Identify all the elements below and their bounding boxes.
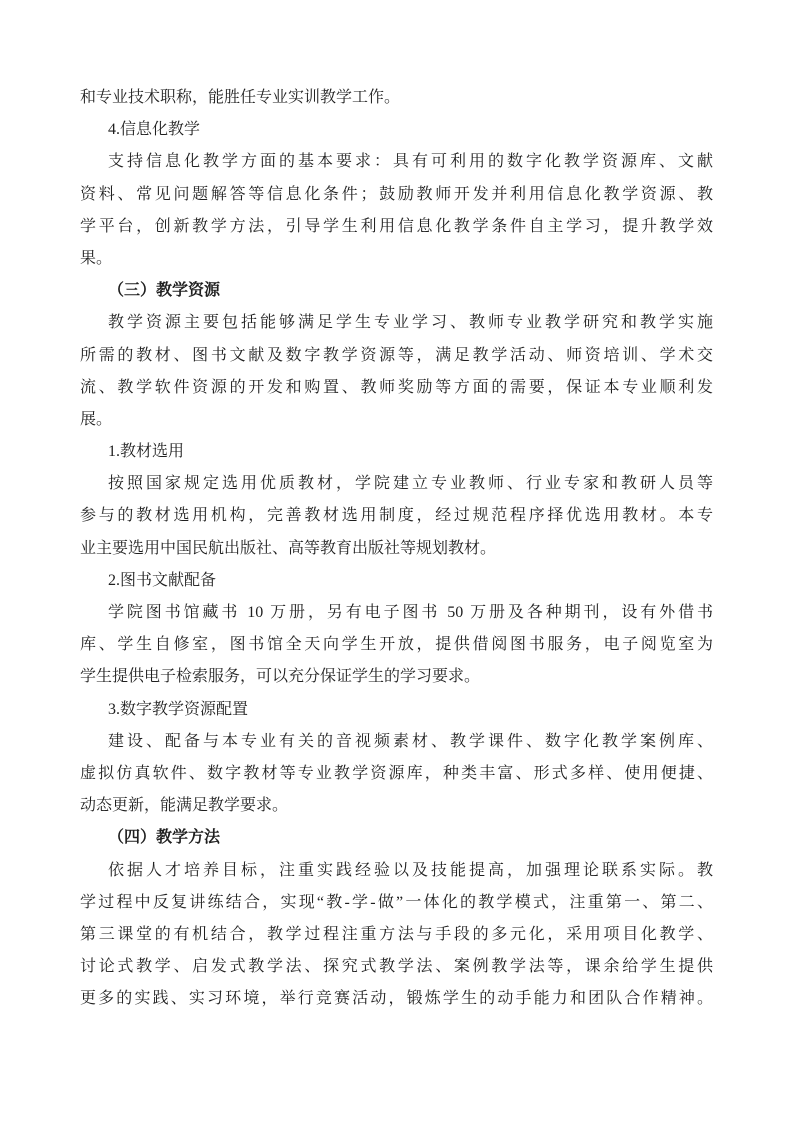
text-line: 学过程中反复讲练结合，实现“教-学-做”一体化的教学模式，注重第一、第二、 bbox=[80, 887, 713, 919]
text-line: 教学资源主要包括能够满足学生专业学习、教师专业教学研究和教学实施 bbox=[80, 307, 713, 339]
text-line: 学院图书馆藏书 10 万册，另有电子图书 50 万册及各种期刊，设有外借书 bbox=[80, 597, 713, 629]
text-line: 建设、配备与本专业有关的音视频素材、教学课件、数字化教学案例库、 bbox=[80, 726, 713, 758]
text-line: 和专业技术职称，能胜任专业实训教学工作。 bbox=[80, 82, 713, 114]
text-line: 资料、常见问题解答等信息化条件；鼓励教师开发并利用信息化教学资源、教 bbox=[80, 179, 713, 211]
text-line: 业主要选用中国民航出版社、高等教育出版社等规划教材。 bbox=[80, 533, 713, 565]
text-line: 参与的教材选用机构，完善教材选用制度，经过规范程序择优选用教材。本专 bbox=[80, 500, 713, 532]
text-line: 讨论式教学、启发式教学法、探究式教学法、案例教学法等，课余给学生提供 bbox=[80, 951, 713, 983]
text-line: 支持信息化教学方面的基本要求：具有可利用的数字化教学资源库、文献 bbox=[80, 146, 713, 178]
text-line: 展。 bbox=[80, 404, 713, 436]
text-line: 更多的实践、实习环境，举行竞赛活动，锻炼学生的动手能力和团队合作精神。 bbox=[80, 983, 713, 1015]
numbered-subheading: 3.数字教学资源配置 bbox=[80, 694, 713, 726]
text-line: 流、教学软件资源的开发和购置、教师奖励等方面的需要，保证本专业顺利发 bbox=[80, 372, 713, 404]
text-line: 动态更新，能满足教学要求。 bbox=[80, 790, 713, 822]
text-line: 按照国家规定选用优质教材，学院建立专业教师、行业专家和教研人员等 bbox=[80, 468, 713, 500]
text-line: 学平台，创新教学方法，引导学生利用信息化教学条件自主学习，提升教学效 bbox=[80, 211, 713, 243]
section-heading: （四）教学方法 bbox=[80, 822, 713, 854]
text-line: 学生提供电子检索服务，可以充分保证学生的学习要求。 bbox=[80, 661, 713, 693]
document-text-block: 和专业技术职称，能胜任专业实训教学工作。4.信息化教学支持信息化教学方面的基本要… bbox=[80, 82, 713, 1015]
text-line: 所需的教材、图书文献及数字教学资源等，满足教学活动、师资培训、学术交 bbox=[80, 340, 713, 372]
text-line: 第三课堂的有机结合，教学过程注重方法与手段的多元化，采用项目化教学、 bbox=[80, 919, 713, 951]
document-page: 和专业技术职称，能胜任专业实训教学工作。4.信息化教学支持信息化教学方面的基本要… bbox=[0, 0, 793, 1122]
text-line: 果。 bbox=[80, 243, 713, 275]
section-heading: （三）教学资源 bbox=[80, 275, 713, 307]
text-line: 依据人才培养目标，注重实践经验以及技能提高，加强理论联系实际。教 bbox=[80, 855, 713, 887]
text-line: 库、学生自修室，图书馆全天向学生开放，提供借阅图书服务，电子阅览室为 bbox=[80, 629, 713, 661]
numbered-subheading: 4.信息化教学 bbox=[80, 114, 713, 146]
numbered-subheading: 2.图书文献配备 bbox=[80, 565, 713, 597]
text-line: 虚拟仿真软件、数字教材等专业教学资源库，种类丰富、形式多样、使用便捷、 bbox=[80, 758, 713, 790]
numbered-subheading: 1.教材选用 bbox=[80, 436, 713, 468]
